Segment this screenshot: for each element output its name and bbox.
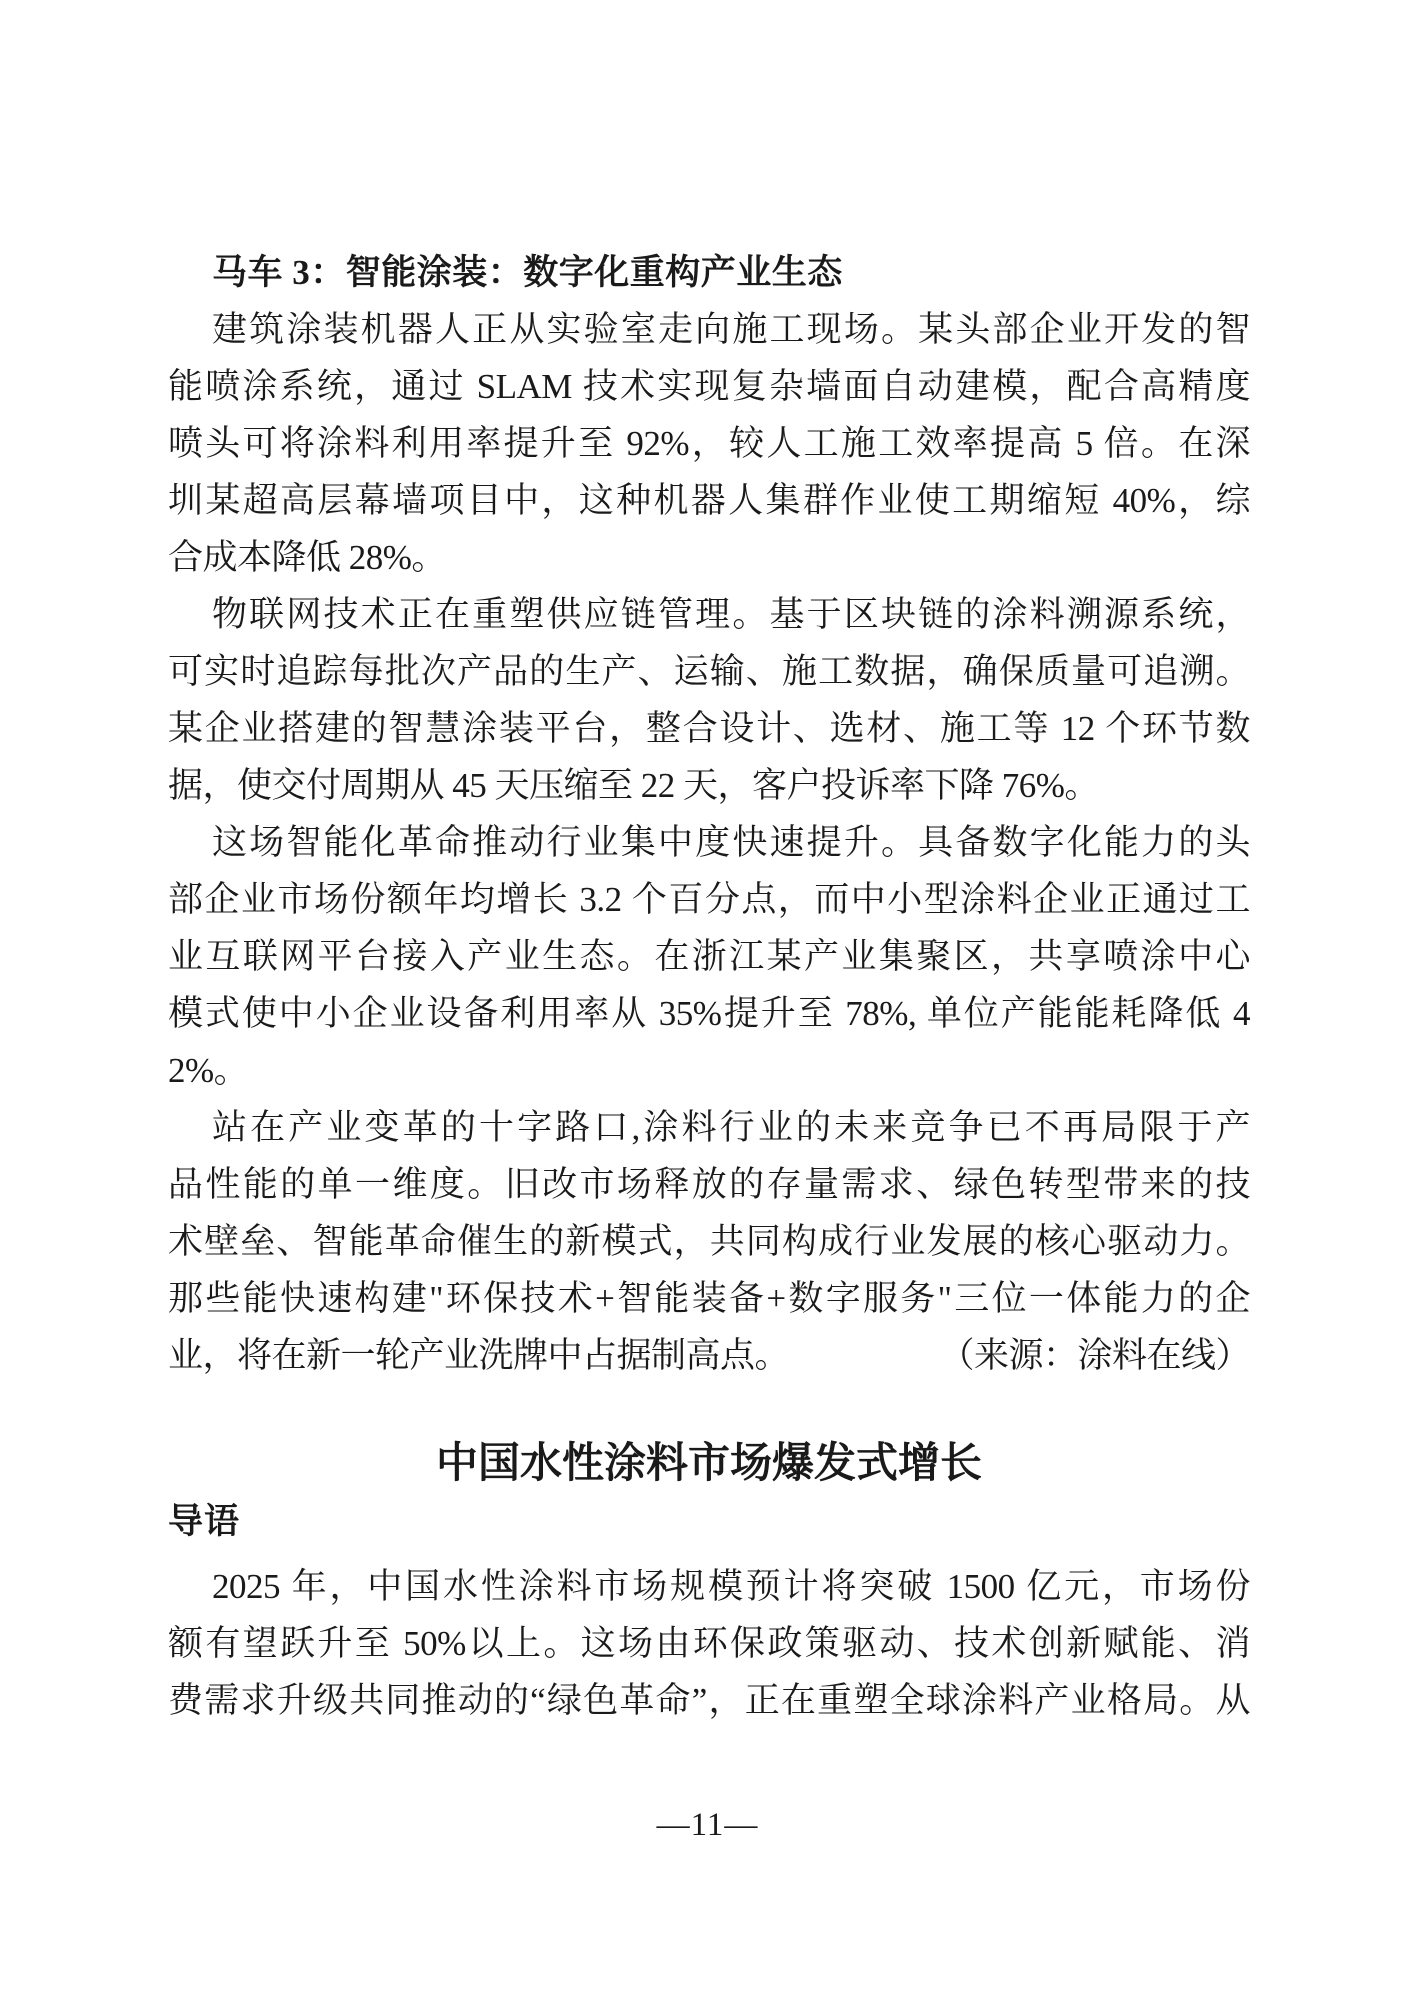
text-line: 费需求升级共同推动的“绿色革命”，正在重塑全球涂料产业格局。从: [168, 1672, 1250, 1729]
paragraph-future-competition: 站在产业变革的十字路口,涂料行业的未来竞争已不再局限于产 品性能的单一维度。旧改…: [168, 1099, 1250, 1384]
text-line: 品性能的单一维度。旧改市场释放的存量需求、绿色转型带来的技: [168, 1156, 1250, 1213]
text-line: 能喷涂系统，通过 SLAM 技术实现复杂墙面自动建模，配合高精度: [168, 358, 1250, 415]
text-line: 术壁垒、智能革命催生的新模式，共同构成行业发展的核心驱动力。: [168, 1213, 1250, 1270]
text-line: 业互联网平台接入产业生态。在浙江某产业集聚区，共享喷涂中心: [168, 928, 1250, 985]
section-heading: 马车 3：智能涂装：数字化重构产业生态: [168, 244, 1250, 301]
text-line: 据，使交付周期从 45 天压缩至 22 天，客户投诉率下降 76%。: [168, 757, 1250, 814]
closing-text: 业，将在新一轮产业洗牌中占据制高点。: [168, 1327, 789, 1384]
paragraph-market-growth: 2025 年，中国水性涂料市场规模预计将突破 1500 亿元，市场份 额有望跃升…: [168, 1558, 1250, 1729]
text-line: 那些能快速构建"环保技术+智能装备+数字服务"三位一体能力的企: [168, 1270, 1250, 1327]
page-number: —11—: [0, 1797, 1415, 1854]
article-title: 中国水性涂料市场爆发式增长: [168, 1436, 1250, 1493]
text-line: 站在产业变革的十字路口,涂料行业的未来竞争已不再局限于产: [168, 1099, 1250, 1156]
text-line: 2%。: [168, 1042, 1250, 1099]
content-column: 马车 3：智能涂装：数字化重构产业生态 建筑涂装机器人正从实验室走向施工现场。某…: [168, 0, 1250, 1729]
document-page: 马车 3：智能涂装：数字化重构产业生态 建筑涂装机器人正从实验室走向施工现场。某…: [0, 0, 1415, 2000]
text-line: 部企业市场份额年均增长 3.2 个百分点，而中小型涂料企业正通过工: [168, 871, 1250, 928]
paragraph-iot-supply-chain: 物联网技术正在重塑供应链管理。基于区块链的涂料溯源系统， 可实时追踪每批次产品的…: [168, 586, 1250, 814]
text-line: 这场智能化革命推动行业集中度快速提升。具备数字化能力的头: [168, 814, 1250, 871]
text-line: 可实时追踪每批次产品的生产、运输、施工数据，确保质量可追溯。: [168, 643, 1250, 700]
text-line: 建筑涂装机器人正从实验室走向施工现场。某头部企业开发的智: [168, 301, 1250, 358]
text-line: 喷头可将涂料利用率提升至 92%，较人工施工效率提高 5 倍。在深: [168, 415, 1250, 472]
text-line: 物联网技术正在重塑供应链管理。基于区块链的涂料溯源系统，: [168, 586, 1250, 643]
text-line: 某企业搭建的智慧涂装平台，整合设计、选材、施工等 12 个环节数: [168, 700, 1250, 757]
text-line: 圳某超高层幕墙项目中，这种机器人集群作业使工期缩短 40%，综: [168, 472, 1250, 529]
paragraph-robot-painting: 建筑涂装机器人正从实验室走向施工现场。某头部企业开发的智 能喷涂系统，通过 SL…: [168, 301, 1250, 586]
text-line: 2025 年，中国水性涂料市场规模预计将突破 1500 亿元，市场份: [168, 1558, 1250, 1615]
lead-label: 导语: [168, 1493, 1250, 1550]
text-line: 额有望跃升至 50%以上。这场由环保政策驱动、技术创新赋能、消: [168, 1615, 1250, 1672]
text-line: 合成本降低 28%。: [168, 529, 1250, 586]
paragraph-industry-concentration: 这场智能化革命推动行业集中度快速提升。具备数字化能力的头 部企业市场份额年均增长…: [168, 814, 1250, 1099]
text-line: 模式使中小企业设备利用率从 35%提升至 78%, 单位产能能耗降低 4: [168, 985, 1250, 1042]
text-line: 业，将在新一轮产业洗牌中占据制高点。 （来源：涂料在线）: [168, 1327, 1250, 1384]
source-note: （来源：涂料在线）: [939, 1327, 1250, 1384]
